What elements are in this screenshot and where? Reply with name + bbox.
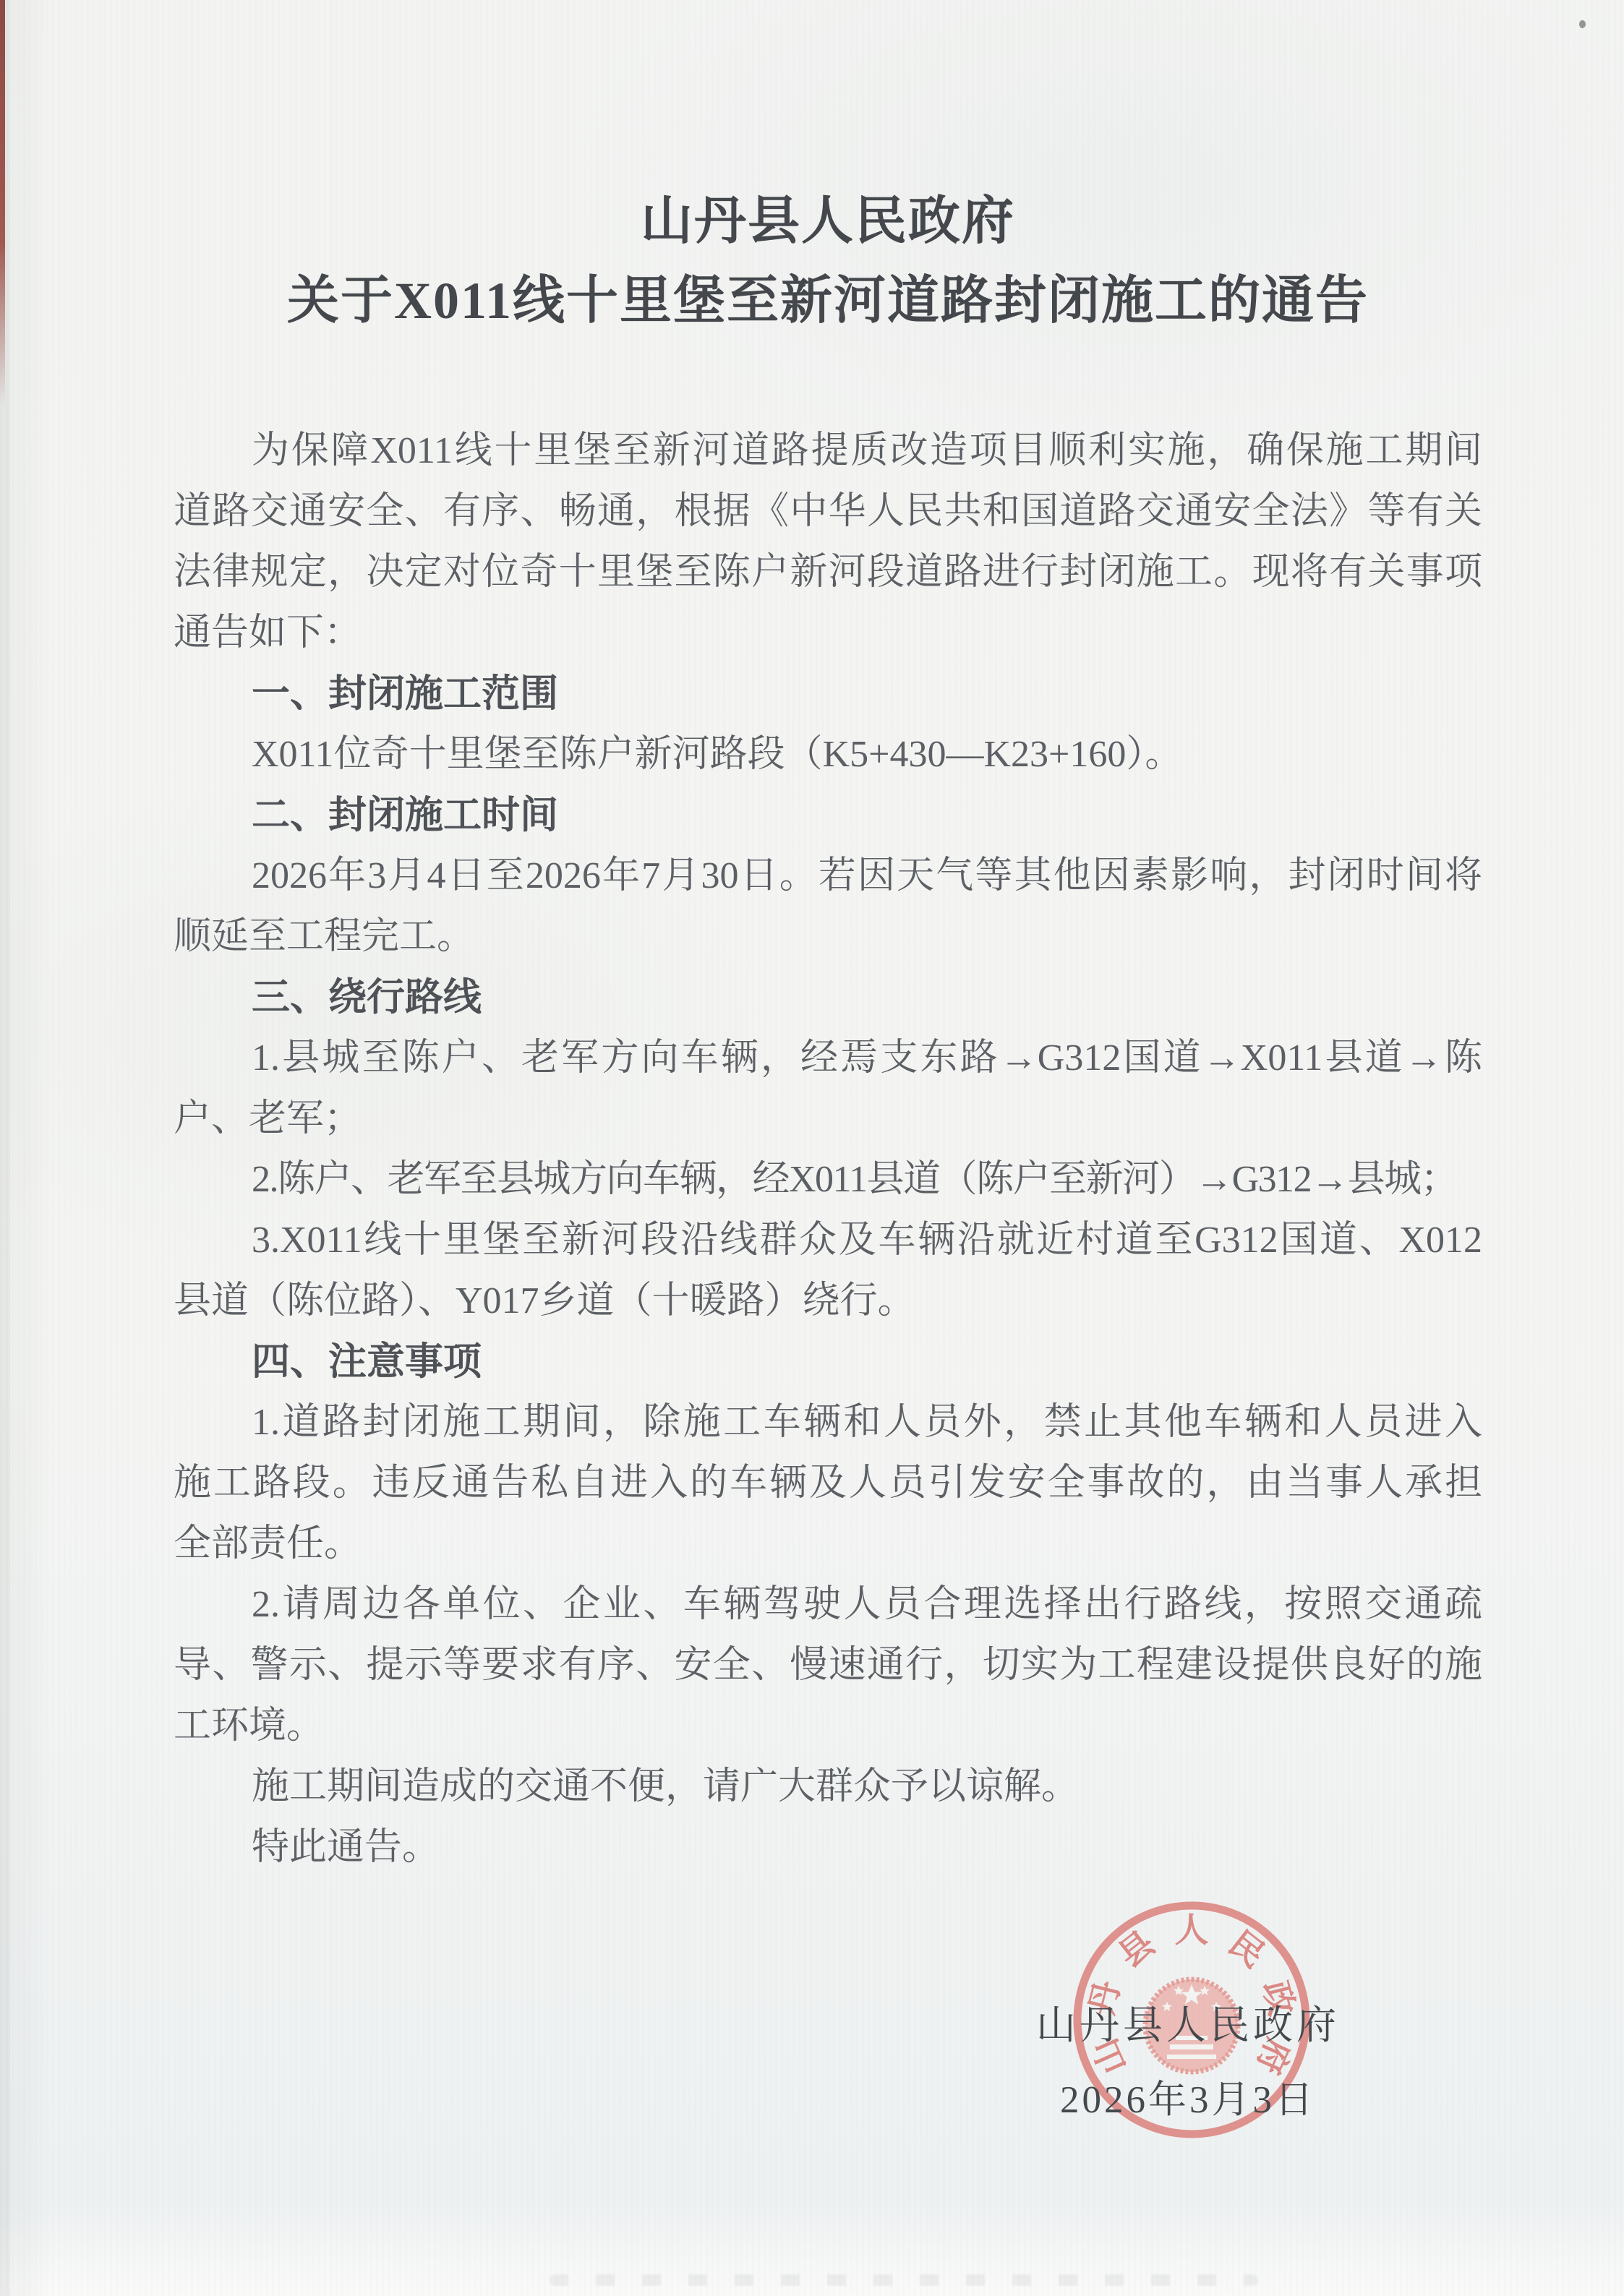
- doc-line: 户、老军；: [174, 1089, 1482, 1149]
- doc-line: 顺延至工程完工。: [174, 907, 1482, 967]
- svg-text:人: 人: [1175, 1912, 1209, 1950]
- doc-line: 施工期间造成的交通不便，请广大群众予以谅解。: [174, 1757, 1482, 1817]
- doc-line: 2.请周边各单位、企业、车辆驾驶人员合理选择出行路线，按照交通疏: [174, 1575, 1482, 1635]
- doc-line: 道路交通安全、有序、畅通，根据《中华人民共和国道路交通安全法》等有关: [174, 481, 1482, 542]
- doc-line: 3.X011线十里堡至新河段沿线群众及车辆沿就近村道至G312国道、X012: [174, 1210, 1482, 1271]
- scan-speck: [1579, 20, 1586, 28]
- doc-line: 2026年3月4日至2026年7月30日。若因天气等其他因素影响，封闭时间将: [174, 846, 1482, 907]
- doc-line: 为保障X011线十里堡至新河道路提质改造项目顺利实施，确保施工期间: [174, 421, 1482, 481]
- section-heading: 一、封闭施工范围: [174, 664, 1482, 724]
- doc-line: 导、警示、提示等要求有序、安全、慢速通行，切实为工程建设提供良好的施: [174, 1635, 1482, 1696]
- scan-edge-artifact: [0, 0, 5, 405]
- section-heading: 四、注意事项: [174, 1332, 1482, 1392]
- scanned-notice-page: 山丹县人民政府 关于X011线十里堡至新河道路封闭施工的通告 为保障X011线十…: [0, 0, 1624, 2296]
- document-title-issuer: 山丹县人民政府: [174, 0, 1482, 256]
- doc-line: 法律规定，决定对位奇十里堡至陈户新河段道路进行封闭施工。现将有关事项: [174, 542, 1482, 603]
- signature-date: 2026年3月3日: [971, 2076, 1405, 2124]
- doc-line: 工环境。: [174, 1696, 1482, 1757]
- doc-line: 通告如下：: [174, 603, 1482, 664]
- document-title-subject: 关于X011线十里堡至新河道路封闭施工的通告: [174, 266, 1482, 335]
- scan-bottom-smudge: [550, 2274, 1258, 2286]
- doc-line: 1.县城至陈户、老军方向车辆，经焉支东路→G312国道→X011县道→陈: [174, 1028, 1482, 1089]
- doc-line: 1.道路封闭施工期间，除施工车辆和人员外，禁止其他车辆和人员进入: [174, 1392, 1482, 1453]
- section-heading: 二、封闭施工时间: [174, 785, 1482, 846]
- signature-issuer: 山丹县人民政府: [971, 2001, 1405, 2050]
- doc-line: 2.陈户、老军至县城方向车辆，经X011县道（陈户至新河）→G312→县城；: [174, 1149, 1482, 1210]
- doc-line: 县道（陈位路）、Y017乡道（十暖路）绕行。: [174, 1271, 1482, 1332]
- section-heading: 三、绕行路线: [174, 967, 1482, 1028]
- notice-document: 山丹县人民政府 关于X011线十里堡至新河道路封闭施工的通告 为保障X011线十…: [174, 0, 1482, 1878]
- doc-line: 全部责任。: [174, 1514, 1482, 1575]
- document-body: 为保障X011线十里堡至新河道路提质改造项目顺利实施，确保施工期间 道路交通安全…: [174, 421, 1482, 1878]
- doc-line: X011位奇十里堡至陈户新河路段（K5+430—K23+160）。: [174, 724, 1482, 785]
- doc-line: 特此通告。: [174, 1817, 1482, 1878]
- doc-line: 施工路段。违反通告私自进入的车辆及人员引发安全事故的，由当事人承担: [174, 1453, 1482, 1514]
